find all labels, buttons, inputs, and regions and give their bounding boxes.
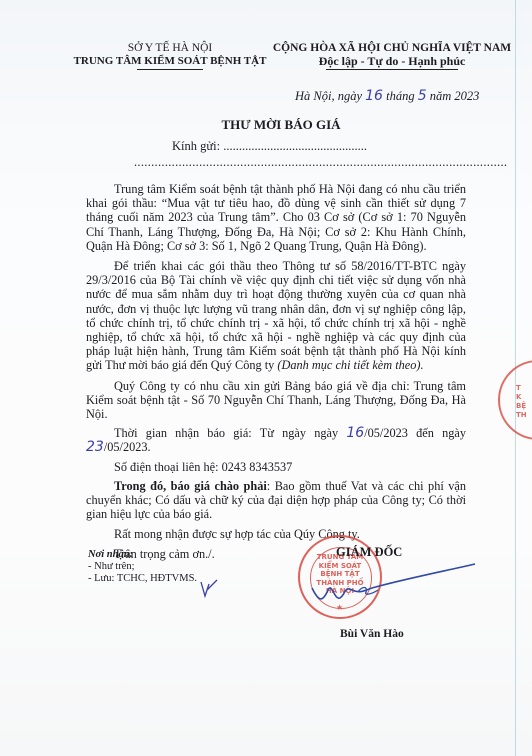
header-org-name: TRUNG TÂM KIỂM SOÁT BỆNH TẬT [70,55,270,68]
paragraph-legal-basis: Để triển khai các gói thầu theo Thông tư… [86,259,466,373]
recipient-dots: ........................................… [223,139,367,153]
header-organization: SỞ Y TẾ HÀ NỘI TRUNG TÂM KIỂM SOÁT BỆNH … [70,42,270,70]
paragraph-address: Quý Công ty có nhu cầu xin gửi Bảng báo … [86,379,466,422]
recipient-label: Kính gửi: [172,139,223,153]
header-right-underline [326,69,458,70]
seal-line: TH [516,411,527,420]
recipient-line: Kính gửi: ..............................… [172,139,367,154]
from-day: 16 [346,425,364,441]
date-month-label: tháng [383,89,418,103]
seal-line: K [516,393,527,402]
header-parent-org: SỞ Y TẾ HÀ NỘI [70,42,270,55]
recipients-block: Nơi nhận: - Như trên; - Lưu: TCHC, HĐTVM… [88,549,197,585]
from-rest: /05/2023 đến ngày [364,426,466,440]
national-motto: Độc lập - Tự do - Hạnh phúc [252,55,532,68]
legal-basis-text: Để triển khai các gói thầu theo Thông tư… [86,259,466,372]
recipient-item: - Như trên; [88,561,197,573]
date-day: 16 [365,88,383,104]
header-left-underline [137,69,203,70]
date-month: 5 [418,88,427,104]
partial-seal-margin: T K BỆ TH [498,360,532,440]
signer-name: Bùi Văn Hào [340,628,404,640]
attachment-note: (Danh mục chi tiết kèm theo). [277,358,423,372]
requirements-label: Trong đó, báo giá chào phải [114,479,267,493]
date-year: năm 2023 [427,89,480,103]
paragraph-time: Thời gian nhận báo giá: Từ ngày ngày 16/… [86,426,466,454]
header-national: CỘNG HÒA XÃ HỘI CHỦ NGHĨA VIỆT NAM Độc l… [252,42,532,70]
signature-icon [300,560,480,610]
signer-position: GIÁM ĐỐC [336,545,402,560]
paragraph-intro: Trung tâm Kiểm soát bệnh tật thành phố H… [86,182,466,253]
seal-line: BỆ [516,402,527,411]
recipient-item: - Lưu: TCHC, HĐTVMS. [88,573,197,585]
letter-body: Trung tâm Kiểm soát bệnh tật thành phố H… [86,182,466,567]
paragraph-phone: Số điện thoại liên hệ: 0243 8343537 [86,460,466,474]
to-day: 23 [86,439,104,455]
to-rest: /05/2023. [104,440,151,454]
seal-line: T [516,384,527,393]
paragraph-cooperation: Rất mong nhận được sự hợp tác của Qúy Cô… [86,527,466,541]
date-line: Hà Nội, ngày 16 tháng 5 năm 2023 [295,88,479,104]
handwritten-initial-icon [195,578,225,600]
recipients-title: Nơi nhận: [88,549,197,561]
paragraph-requirements: Trong đó, báo giá chào phải: Bao gồm thu… [86,479,466,522]
time-prefix: Thời gian nhận báo giá: Từ ngày ngày [114,426,346,440]
date-prefix: Hà Nội, ngày [295,89,365,103]
partial-seal-text: T K BỆ TH [516,384,527,420]
recipient-dots-line2: ........................................… [134,155,507,170]
document-title: THƯ MỜI BÁO GIÁ [0,117,532,133]
